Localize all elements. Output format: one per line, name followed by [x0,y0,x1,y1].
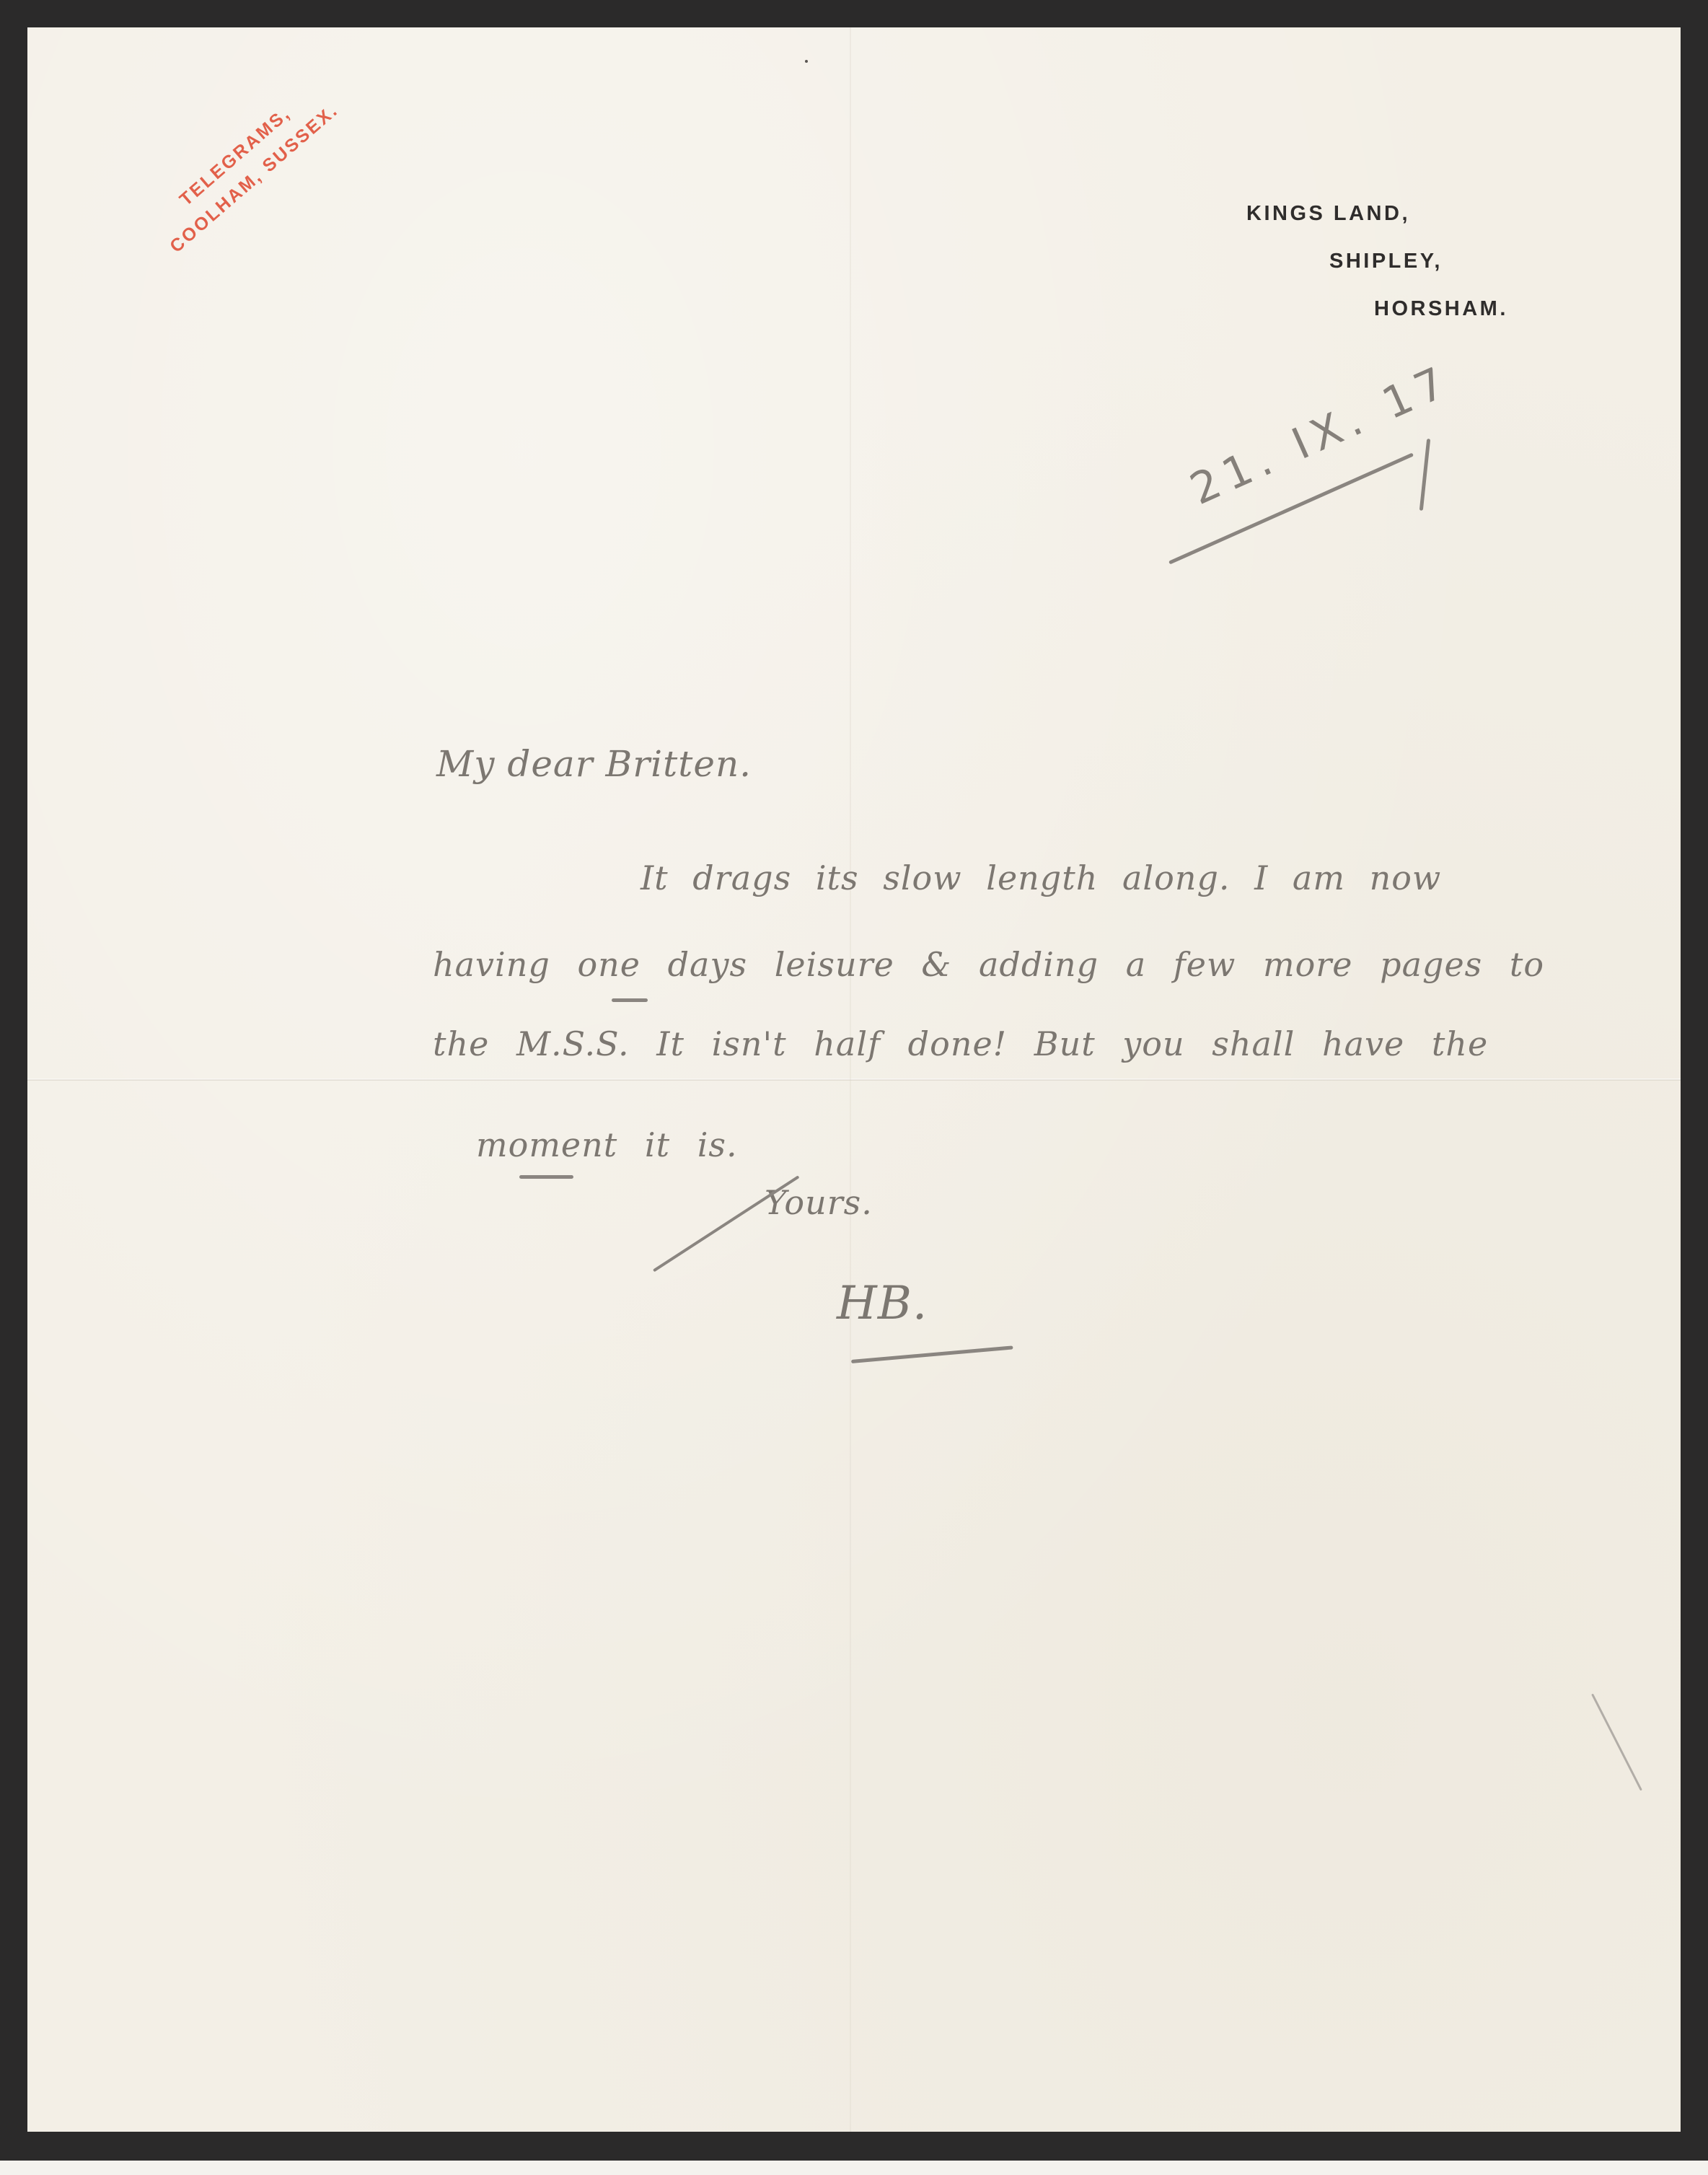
body-line-2: having one days leisure & adding a few m… [433,945,1544,984]
underline-one [612,998,648,1002]
address-line-2: SHIPLEY, [1329,250,1443,273]
vertical-fold-crease [850,27,851,2132]
paper-speck [805,60,808,63]
signature: HB. [837,1277,928,1330]
horizontal-fold-crease [27,1078,1681,1081]
address-line-1: KINGS LAND, [1246,202,1410,226]
underline-moment [519,1175,573,1179]
body-line-1: It drags its slow length along. I am now [640,858,1441,897]
letter-paper [27,27,1681,2132]
salutation: My dear Britten. [436,743,752,785]
address-line-3: HORSHAM. [1374,297,1508,321]
body-line-4: moment it is. [476,1125,738,1164]
body-line-3: the M.S.S. It isn't half done! But you s… [433,1024,1488,1063]
